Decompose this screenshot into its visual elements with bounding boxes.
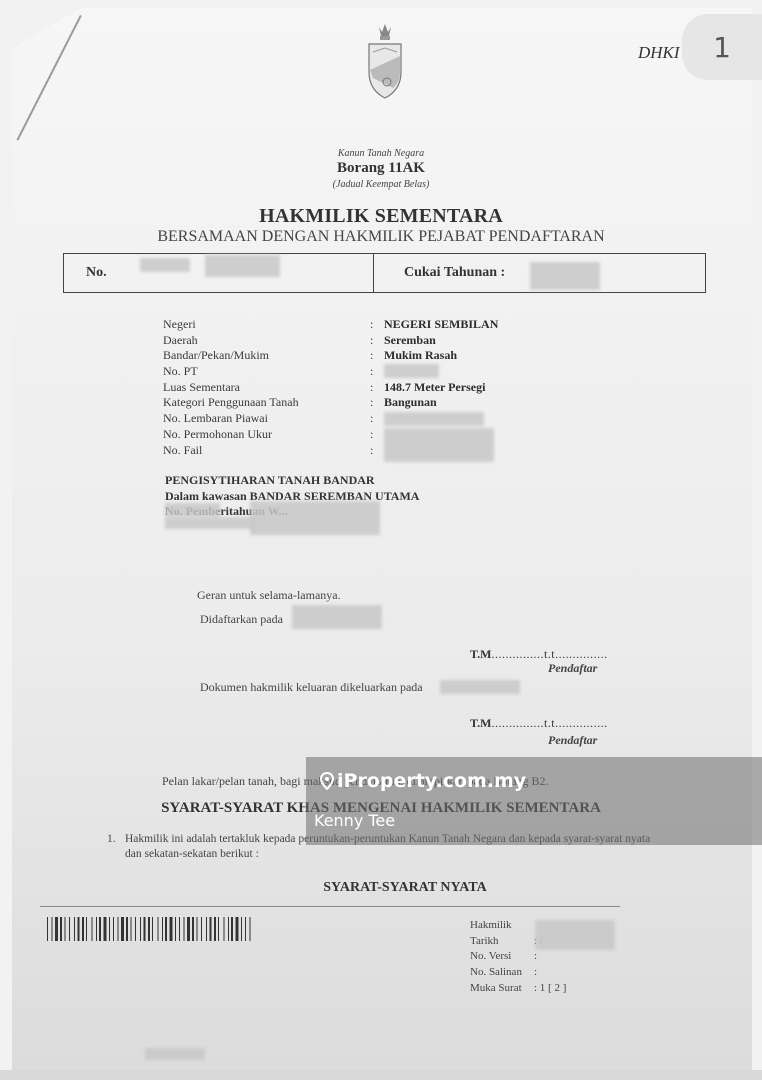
redacted-survey-file [384, 428, 494, 462]
redacted-registered-date [292, 605, 382, 629]
field-row: Kategori Penggunaan Tanah:Bangunan [163, 395, 498, 411]
registrar-signature-line-1: T.M...............t.t............... [470, 647, 608, 662]
registered-date-text: Didaftarkan pada [200, 612, 283, 627]
registrar-role-2: Pendaftar [548, 733, 597, 748]
schedule-label: (Jadual Keempat Belas) [0, 179, 762, 190]
declaration-heading: PENGISYTIHARAN TANAH BANDAR [165, 473, 419, 489]
redacted-notice [165, 517, 255, 529]
redacted-notice [165, 503, 220, 517]
redacted-pt-number [384, 364, 439, 378]
state-crest-icon [365, 22, 405, 102]
meta-row: No. Salinan: [470, 965, 566, 981]
issued-date-text: Dokumen hakmilik keluaran dikeluarkan pa… [200, 680, 423, 695]
redacted-issued-date [440, 680, 520, 694]
redacted-title-number [205, 255, 280, 277]
field-row: Luas Sementara:148.7 Meter Persegi [163, 380, 498, 396]
express-conditions-heading: SYARAT-SYARAT NYATA [0, 880, 762, 896]
annual-tax-label: Cukai Tahunan : [404, 265, 505, 281]
form-number: Borang 11AK [0, 160, 762, 177]
act-name: Kanun Tanah Negara [0, 148, 762, 159]
barcode-icon [47, 917, 251, 941]
grant-text: Geran untuk selama-lamanya. [197, 588, 341, 603]
watermark-agent-name: Kenny Tee [314, 811, 395, 830]
listing-watermark: iProperty.com.my Kenny Tee [306, 757, 762, 845]
bottom-edge [0, 1070, 762, 1080]
document-reference-code: DHKI [638, 43, 680, 63]
image-page-counter-badge[interactable]: 1 [682, 14, 762, 80]
redacted-annual-tax [530, 262, 600, 290]
meta-row: No. Versi: [470, 949, 566, 965]
document-subtitle: BERSAMAAN DENGAN HAKMILIK PEJABAT PENDAF… [0, 228, 762, 246]
divider [40, 906, 620, 907]
document-title: HAKMILIK SEMENTARA [0, 205, 762, 228]
redacted-sheet-number [384, 412, 484, 426]
redacted-title-number [140, 258, 190, 272]
redacted-title-meta [535, 920, 615, 950]
field-row: No. PT: [163, 364, 498, 380]
watermark-brand: iProperty.com.my [320, 770, 526, 792]
location-pin-icon [320, 772, 334, 790]
redacted-notice [250, 501, 380, 535]
title-number-label: No. [86, 265, 107, 281]
field-row: Bandar/Pekan/Mukim:Mukim Rasah [163, 348, 498, 364]
field-row: Daerah:Seremban [163, 333, 498, 349]
field-row: Negeri:NEGERI SEMBILAN [163, 317, 498, 333]
registrar-role-1: Pendaftar [548, 661, 597, 676]
meta-row: Muka Surat: 1 [ 2 ] [470, 981, 566, 997]
redacted-footer [145, 1048, 205, 1060]
registrar-signature-line-2: T.M...............t.t............... [470, 716, 608, 731]
